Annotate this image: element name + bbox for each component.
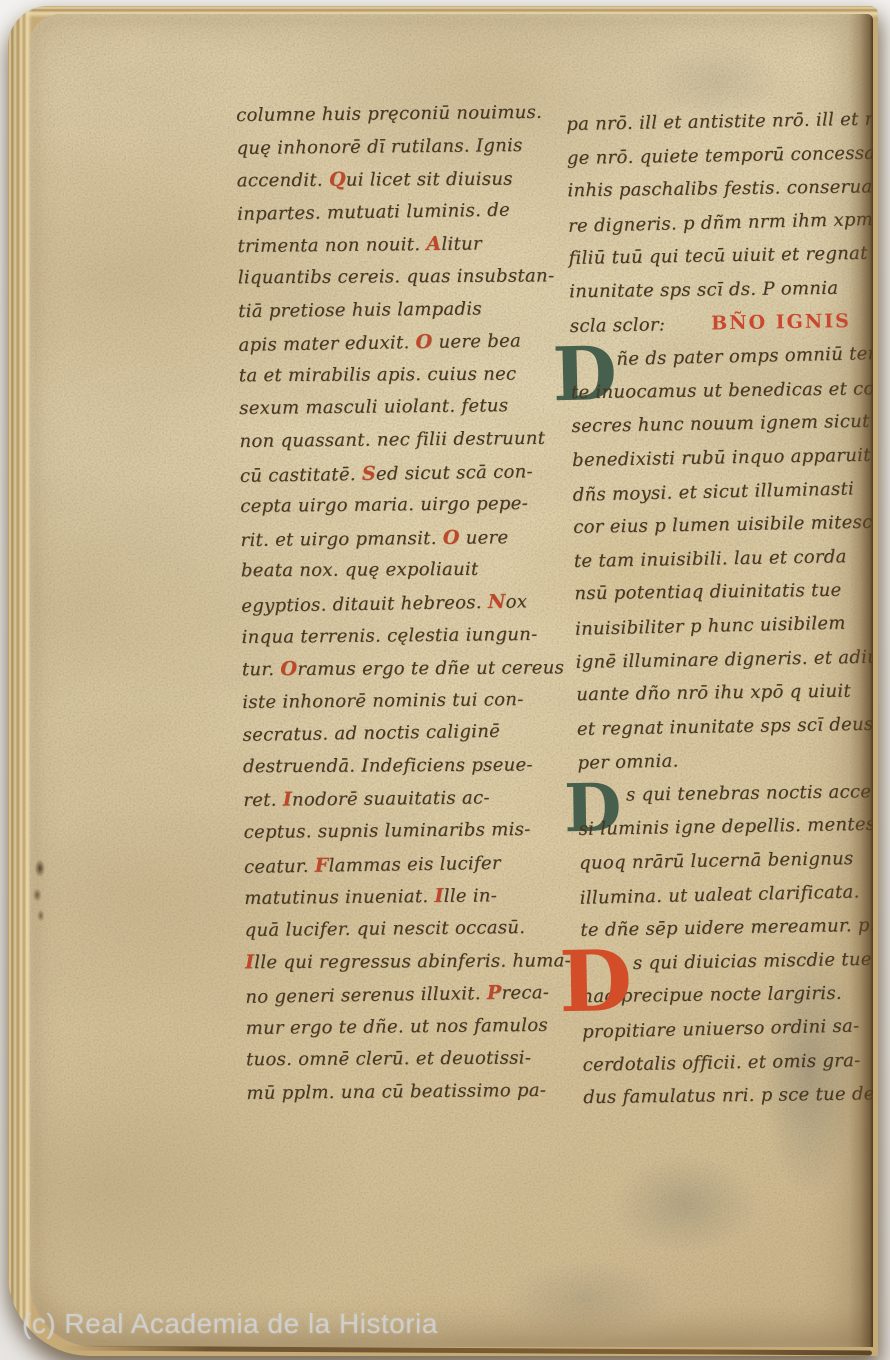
text-line: tuos. omnē clerū. et deuotissi- [246, 1042, 576, 1077]
text-line: ta et mirabilis apis. cuius nec [239, 358, 569, 393]
text-segment: uere [460, 527, 509, 549]
text-line: cerdotalis officii. et omis gra- [582, 1043, 873, 1082]
text-line: Ds qui diuicias miscdie tue in- [633, 942, 873, 980]
text-line: inpartes. mutuati luminis. de [237, 193, 567, 231]
text-segment: quę inhonorē dī rutilans. Ignis [236, 135, 522, 159]
text-segment: ceatur. [244, 855, 315, 877]
page-bottom-edge [62, 1346, 872, 1356]
watermark-credit: (c) Real Academia de la Historia [22, 1308, 438, 1340]
text-column-right: pa nrō. ill et antistite nrō. ill et re-… [566, 102, 873, 1115]
photo-background: columne huis pręconiū nouimus.quę inhono… [0, 0, 890, 1360]
text-segment: ignē illuminare digneris. et adiu- [575, 646, 873, 672]
text-line: destruendā. Indeficiens pseue- [243, 749, 573, 784]
text-segment: inqua terrenis. cęlestia iungun- [242, 623, 538, 647]
text-segment: destruendā. Indeficiens pseue- [243, 754, 533, 777]
text-line: te inuocamus ut benedicas et con- [571, 372, 873, 410]
text-segment: ge nrō. quiete temporū concessa. [567, 142, 873, 168]
text-segment: inpartes. mutuati luminis. de [237, 199, 510, 224]
text-segment: sexum masculi uiolant. fetus [239, 396, 508, 420]
red-initial: N [488, 591, 506, 613]
text-segment: lle qui regressus abinferis. huma- [254, 951, 571, 974]
text-line: quā lucifer. qui nescit occasū. [245, 911, 575, 947]
text-line: liquantibs cereis. quas insubstan- [238, 260, 568, 295]
text-segment: benedixisti rubū inquo apparuit [572, 445, 871, 471]
text-line: Ds qui tenebras noctis accen- [626, 775, 873, 812]
text-segment: accendit. [237, 170, 329, 192]
text-segment: litur [441, 234, 482, 255]
book-edge-stack: columne huis pręconiū nouimus.quę inhono… [8, 6, 878, 1356]
text-line: ceptus. supnis luminaribs mis- [244, 814, 574, 850]
text-line: pa nrō. ill et antistite nrō. ill et re- [566, 102, 873, 141]
text-segment: rit. et uirgo pmansit. [240, 528, 442, 551]
text-segment: quoq nrārū lucernā benignus [579, 848, 854, 874]
text-line: Dñe ds pater omps omniū terā [616, 337, 873, 377]
text-segment: reca- [501, 982, 549, 1004]
text-line: mū pplm. una cū beatissimo pa- [246, 1074, 576, 1110]
text-segment: te inuocamus ut benedicas et con- [571, 378, 873, 403]
text-line: tiā pretiose huis lampadis [238, 292, 568, 328]
text-line: mur ergo te dñe. ut nos famulos [246, 1009, 576, 1045]
text-segment: quā lucifer. qui nescit occasū. [245, 917, 526, 941]
text-segment: inhis paschalibs festis. conserua- [567, 176, 873, 201]
text-line: te tam inuisibili. lau et corda [574, 539, 873, 578]
text-line: apis mater eduxit. O uere bea [238, 324, 568, 362]
text-line: egyptios. ditauit hebreos. Nox [241, 585, 571, 623]
text-segment: si luminis igne depellis. mentesq [578, 814, 873, 840]
text-segment: illumina. ut ualeat clarificata. [580, 881, 860, 908]
text-line: accendit. Qui licet sit diuisus [237, 162, 567, 197]
text-line: cū castitatē. Sed sicut scā con- [240, 454, 570, 492]
text-line: tur. Oramus ergo te dñe ut cereus [242, 651, 572, 686]
text-segment: cepta uirgo maria. uirgo pepe- [240, 493, 528, 517]
red-initial: I [245, 952, 254, 974]
text-line: per omnia. [577, 740, 873, 781]
text-segment: non quassant. nec filii destruunt [239, 428, 545, 452]
text-line: nsū potentiaq diuinitatis tue [574, 573, 873, 611]
text-segment: egyptios. ditauit hebreos. [241, 592, 488, 617]
text-line: cepta uirgo maria. uirgo pepe- [240, 488, 570, 524]
text-line: si luminis igne depellis. mentesq [578, 808, 873, 847]
red-initial: P [487, 982, 502, 1004]
gray-smudge-stain [610, 1154, 760, 1254]
drop-cap-initial: D [559, 939, 634, 1024]
text-line: inhis paschalibs festis. conserua- [567, 170, 873, 208]
text-line: matutinus inueniat. Ille in- [244, 879, 574, 915]
text-line: inqua terrenis. cęlestia iungun- [241, 618, 571, 654]
text-segment: mur ergo te dñe. ut nos famulos [246, 1014, 548, 1038]
rubric-heading: BÑO IGNIS [711, 310, 851, 334]
text-segment: dus famulatus nri. p sce tue delic- [583, 1083, 873, 1108]
text-segment: et regnat inunitate sps scī deus. [577, 713, 873, 739]
text-segment: no generi serenus illuxit. [245, 983, 487, 1008]
text-segment: ox [505, 591, 527, 612]
text-line: inunitate sps scī ds. P omnia [569, 271, 873, 309]
manuscript-page: columne huis pręconiū nouimus.quę inhono… [30, 14, 873, 1347]
text-segment: ret. [243, 790, 283, 811]
red-initial: A [426, 233, 441, 255]
text-segment: ta et mirabilis apis. cuius nec [239, 363, 517, 386]
text-line: trimenta non nouit. Alitur [237, 227, 567, 263]
text-segment: lle in- [444, 886, 498, 908]
text-segment: ramus ergo te dñe ut cereus [297, 657, 564, 680]
red-initial: O [443, 526, 460, 548]
red-initial: Q [329, 169, 346, 191]
text-line: cor eius p lumen uisibile mitescat- [573, 505, 873, 544]
text-line: secratus. ad noctis caliginē [242, 715, 572, 753]
text-line: quę inhonorē dī rutilans. Ignis [236, 129, 566, 165]
ink-spot-stain [30, 852, 48, 926]
red-initial: I [283, 789, 292, 811]
text-line: ret. Inodorē suauitatis ac- [243, 781, 573, 817]
text-line: benedixisti rubū inquo apparuit [572, 438, 873, 477]
text-segment: tur. [242, 659, 281, 680]
text-line: iste inhonorē nominis tui con- [242, 683, 572, 719]
text-segment: inunitate sps scī ds. P omnia [569, 278, 838, 303]
text-segment: ui licet sit diuisus [346, 169, 513, 191]
text-segment: secratus. ad noctis caliginē [242, 721, 500, 746]
text-segment: secres hunc nouum ignem sicut [571, 411, 869, 437]
text-segment: uere bea [432, 331, 521, 353]
text-segment: ed sicut scā con- [376, 461, 533, 484]
text-segment: uante dño nrō ihu xpō q uiuit [576, 681, 851, 706]
text-column-left: columne huis pręconiū nouimus.quę inhono… [236, 97, 577, 1111]
text-segment: iste inhonorē nominis tui con- [242, 689, 523, 713]
text-segment: filiū tuū qui tecū uiuit et regnat [568, 243, 867, 269]
text-line: dus famulatus nri. p sce tue delic- [583, 1077, 873, 1115]
text-line: columne huis pręconiū nouimus. [236, 97, 566, 133]
text-segment: trimenta non nouit. [237, 234, 426, 257]
text-segment: cū castitatē. [240, 463, 362, 486]
red-initial: F [315, 854, 329, 876]
text-segment: mū pplm. una cū beatissimo pa- [246, 1080, 546, 1104]
red-initial: O [415, 331, 432, 353]
text-segment: ñe ds pater omps omniū terā [616, 343, 873, 370]
text-segment: tuos. omnē clerū. et deuotissi- [246, 1048, 531, 1071]
text-segment: cerdotalis officii. et omis gra- [583, 1050, 861, 1076]
text-line: non quassant. nec filii destruunt [239, 422, 569, 458]
text-line: ceatur. Flammas eis lucifer [244, 845, 574, 883]
text-line: secres hunc nouum ignem sicut [571, 405, 873, 444]
text-segment: inuisibiliter p hunc uisibilem [575, 613, 846, 640]
text-segment: s qui tenebras noctis accen- [626, 781, 873, 805]
text-segment: nsū potentiaq diuinitatis tue [574, 580, 841, 604]
text-line: uante dño nrō ihu xpō q uiuit [576, 674, 873, 712]
text-line: beata nox. quę expoliauit [241, 554, 571, 589]
gray-smudge-stain [500, 1259, 670, 1339]
text-line: sexum masculi uiolant. fetus [239, 390, 569, 426]
text-segment: te tam inuisibili. lau et corda [574, 546, 847, 572]
text-segment: apis mater eduxit. [238, 332, 415, 356]
text-segment: liquantibs cereis. quas insubstan- [238, 265, 555, 288]
text-segment: pa nrō. ill et antistite nrō. ill et re- [566, 108, 873, 135]
text-segment: lammas eis lucifer [328, 852, 501, 876]
text-segment: ceptus. supnis luminaribs mis- [244, 819, 531, 843]
text-segment: re digneris. p dñm nrm ihm xpm [568, 209, 873, 237]
text-segment: columne huis pręconiū nouimus. [236, 102, 542, 126]
text-line: ge nrō. quiete temporū concessa. [567, 136, 873, 175]
text-segment: cor eius p lumen uisibile mitescat- [573, 511, 873, 538]
text-line: ignē illuminare digneris. et adiu- [575, 640, 873, 679]
gutter-shadow [849, 14, 873, 1347]
text-segment: dñs moysi. et sicut illuminasti [573, 478, 855, 505]
text-segment: matutinus inueniat. [244, 886, 434, 909]
text-line: Ille qui regressus abinferis. huma- [245, 945, 575, 980]
text-line: filiū tuū qui tecū uiuit et regnat [568, 237, 873, 276]
text-line: no generi serenus illuxit. Preca- [245, 976, 575, 1014]
text-segment: beata nox. quę expoliauit [241, 559, 479, 581]
text-segment: s qui diuicias miscdie tue in- [633, 948, 873, 974]
red-initial: O [280, 658, 297, 680]
text-segment: tiā pretiose huis lampadis [238, 298, 482, 322]
text-line: quoq nrārū lucernā benignus [579, 841, 873, 880]
red-initial: S [362, 462, 376, 484]
text-segment: nodorē suauitatis ac- [292, 788, 490, 811]
text-line: rit. et uirgo pmansit. O uere [240, 520, 570, 556]
